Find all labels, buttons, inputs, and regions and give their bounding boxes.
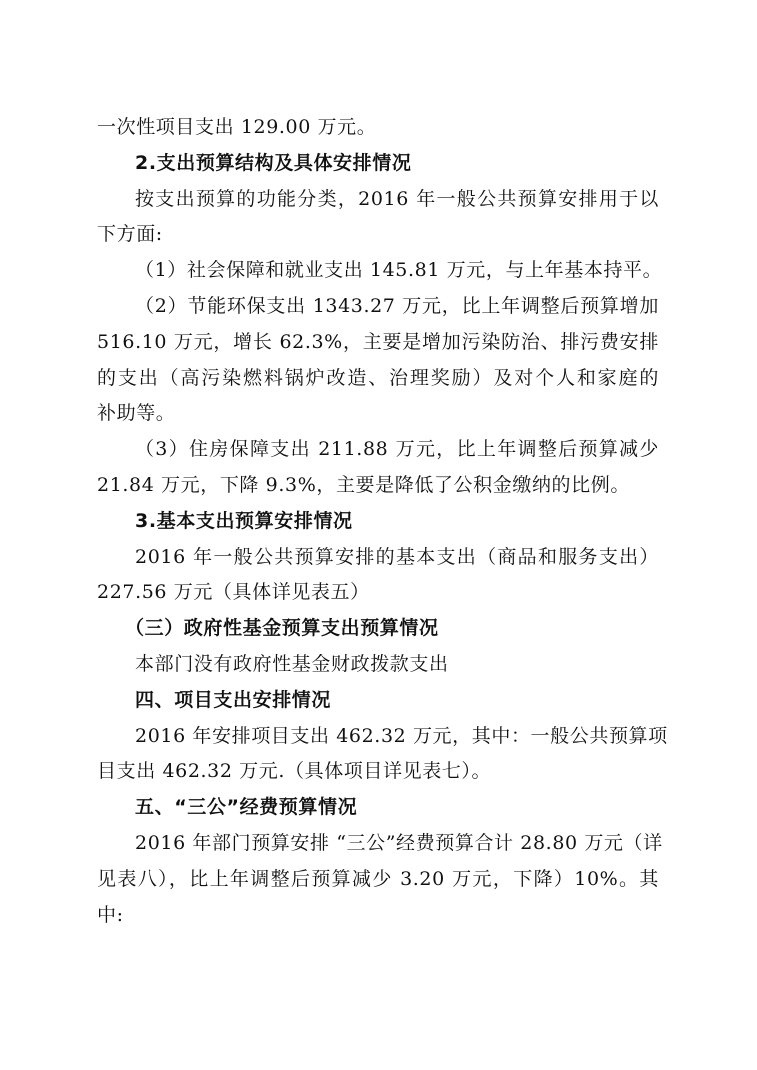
text-line: 中: <box>97 898 659 934</box>
text-line: 本部门没有政府性基金财政拨款支出 <box>97 647 659 683</box>
section-heading-expenditure-structure: 2.支出预算结构及具体安排情况 <box>97 146 659 182</box>
text-line: 按支出预算的功能分类，2016 年一般公共预算安排用于以 <box>97 182 659 218</box>
section-heading-three-public: 五、“三公”经费预算情况 <box>97 790 659 826</box>
text-line: 目支出 462.32 万元.（具体项目详见表七）。 <box>97 754 659 790</box>
text-line: 21.84 万元，下降 9.3%，主要是降低了公积金缴纳的比例。 <box>97 468 659 504</box>
section-heading-project-expenditure: 四、项目支出安排情况 <box>97 683 659 719</box>
text-line: 见表八），比上年调整后预算减少 3.20 万元，下降）10%。其 <box>97 862 659 898</box>
text-line: 227.56 万元（具体详见表五） <box>97 575 659 611</box>
text-line: 2016 年一般公共预算安排的基本支出（商品和服务支出） <box>97 540 659 576</box>
section-heading-gov-fund: （三）政府性基金预算支出预算情况 <box>97 611 659 647</box>
document-page: 一次性项目支出 129.00 万元。 2.支出预算结构及具体安排情况 按支出预算… <box>97 110 659 933</box>
text-line: 516.10 万元，增长 62.3%，主要是增加污染防治、排污费安排 <box>97 325 659 361</box>
section-heading-basic-expenditure: 3.基本支出预算安排情况 <box>97 504 659 540</box>
text-line: 2016 年安排项目支出 462.32 万元，其中：一般公共预算项 <box>97 719 659 755</box>
text-line: 补助等。 <box>97 396 659 432</box>
text-line: （2）节能环保支出 1343.27 万元，比上年调整后预算增加 <box>97 289 659 325</box>
text-line: 的支出（高污染燃料锅炉改造、治理奖励）及对个人和家庭的 <box>97 361 659 397</box>
text-line: （3）住房保障支出 211.88 万元，比上年调整后预算减少 <box>97 432 659 468</box>
text-line: 2016 年部门预算安排 “三公”经费预算合计 28.80 万元（详 <box>97 826 659 862</box>
text-line: （1）社会保障和就业支出 145.81 万元，与上年基本持平。 <box>97 253 659 289</box>
text-line: 一次性项目支出 129.00 万元。 <box>97 110 659 146</box>
text-line: 下方面: <box>97 217 659 253</box>
